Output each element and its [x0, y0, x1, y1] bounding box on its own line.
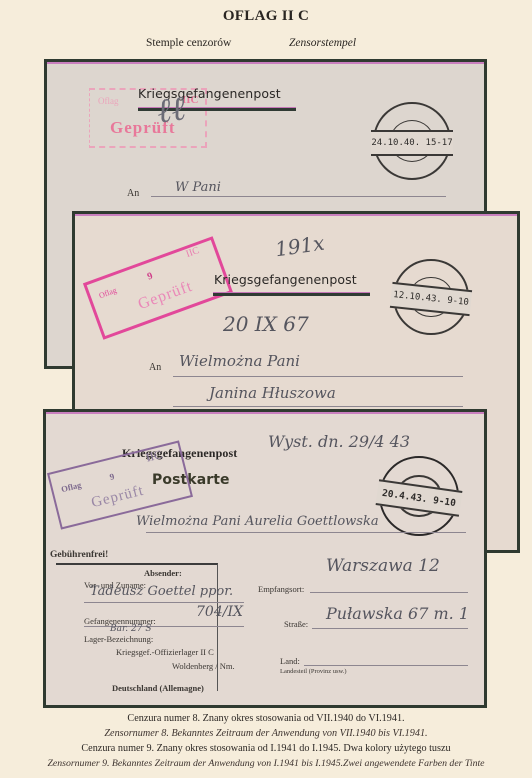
barrack-handwriting: Bar. 27 S	[110, 624, 152, 634]
caption-de-8: Zensornumer 8. Bekanntes Zeitraum der An…	[0, 728, 532, 739]
stamp-oflag: Oflag	[60, 480, 82, 495]
street-line	[312, 628, 468, 629]
censor-stamp: Oflag 9 IIC Geprüft	[83, 236, 233, 340]
caption-pl-8: Cenzura numer 8. Znany okres stosowania …	[0, 713, 532, 724]
destination-place-label: Empfangsort:	[258, 584, 304, 594]
address-label: An	[127, 188, 139, 199]
page-title: OFLAG II C	[0, 8, 532, 25]
recipient-line	[146, 532, 466, 533]
date-handwriting: 20 IX 67	[223, 312, 309, 336]
postmark: 24.10.40. 15-17	[373, 102, 451, 180]
street-handwriting: Puławska 67 m. 1	[326, 604, 469, 623]
address-label: An	[149, 362, 161, 373]
prisoner-number-line	[84, 626, 244, 627]
recipient-handwriting-1: Wielmożna Pani	[179, 352, 300, 370]
stamp-geprueft: Geprüft	[136, 278, 195, 314]
destination-place-handwriting: Warszawa 12	[326, 556, 440, 576]
caption-de-9: Zensornumer 9. Bekanntes Zeitraum der An…	[0, 758, 532, 769]
stamp-oflag: Oflag	[98, 96, 119, 106]
stamp-number: 9	[109, 471, 116, 482]
stamp-oflag: Oflag	[98, 286, 118, 301]
censor-number-handwriting: 191x	[274, 231, 326, 262]
sender-header: Absender:	[144, 568, 182, 578]
postmark: 12.10.43. 9-10	[393, 259, 469, 335]
recipient-handwriting-2: Janina Hłuszowa	[209, 384, 336, 402]
subtitle-german: Zensorstempel	[289, 37, 356, 49]
camp-line-2: Woldenberg / Nm.	[172, 661, 235, 671]
sender-name-handwriting: Tadeusz Goettel ppor.	[90, 584, 233, 599]
subtitle-polish: Stemple cenzorów	[146, 37, 231, 49]
postcard-3: Kriegsgefangenenpost Postkarte Wyst. dn.…	[43, 409, 487, 708]
street-label: Straße:	[284, 619, 308, 629]
address-line-1	[173, 376, 463, 377]
province-label: Landesteil (Provinz usw.)	[280, 668, 347, 675]
prisoner-number-handwriting: 704/IX	[196, 604, 243, 620]
camp-label: Lager-Bezeichnung:	[84, 634, 153, 644]
fee-note: Gebührenfrei!	[50, 550, 108, 560]
name-line	[84, 602, 244, 603]
sender-country: Deutschland (Allemagne)	[112, 683, 204, 693]
receipt-annotation: Wyst. dn. 29/4 43	[268, 432, 410, 451]
recipient-handwriting: W Pani	[175, 180, 221, 195]
postmark: 20.4.43. 9-10	[379, 456, 459, 536]
heading-underline	[213, 292, 370, 296]
stamp-geprueft: Geprüft	[90, 483, 146, 512]
destination-place-line	[310, 592, 468, 593]
censor-signature: ℓℓ	[154, 88, 188, 132]
country-label: Land:	[280, 656, 300, 666]
caption-pl-9: Cenzura numer 9. Znany okres stosowania …	[0, 743, 532, 754]
country-line	[304, 665, 468, 666]
address-line-2	[173, 406, 463, 407]
card-heading: Kriegsgefangenenpost	[214, 272, 357, 287]
address-line	[151, 196, 446, 197]
recipient-handwriting: Wielmożna Pani Aurelia Goettlowska	[136, 514, 379, 529]
stamp-camp: IIC	[184, 245, 200, 260]
camp-line-1: Kriegsgef.-Offizierlager II C	[116, 647, 214, 657]
stamp-number: 9	[146, 270, 154, 282]
stamp-camp: IIC	[145, 447, 164, 465]
